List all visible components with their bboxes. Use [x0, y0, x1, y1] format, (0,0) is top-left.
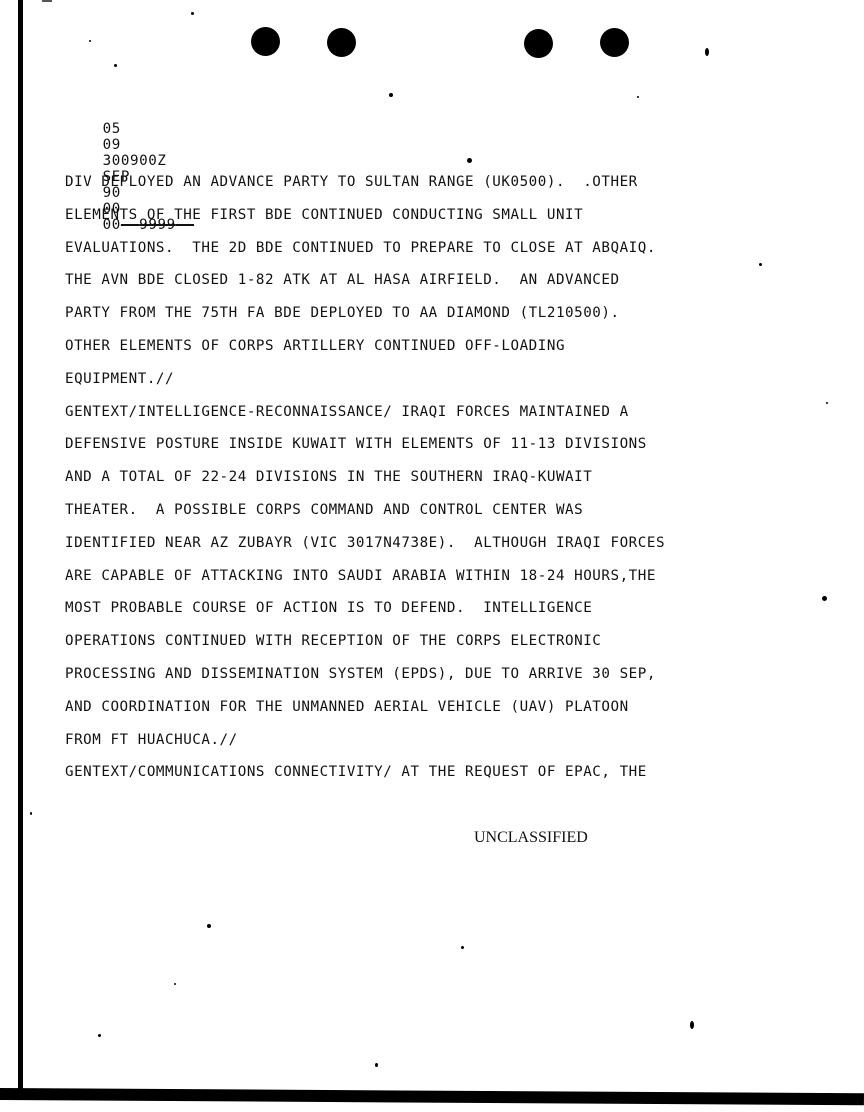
scan-speck	[174, 983, 176, 985]
text-line: THEATER. A POSSIBLE CORPS COMMAND AND CO…	[65, 499, 765, 532]
text-line: AND COORDINATION FOR THE UNMANNED AERIAL…	[65, 696, 765, 729]
punch-hole	[524, 29, 553, 58]
scan-speck	[30, 812, 32, 815]
classification-marking: UNCLASSIFIED	[474, 829, 588, 847]
text-line: THE AVN BDE CLOSED 1-82 ATK AT AL HASA A…	[65, 269, 765, 302]
scan-bottom-edge	[0, 1088, 864, 1105]
scan-speck	[114, 64, 117, 67]
text-line: GENTEXT/INTELLIGENCE-RECONNAISSANCE/ IRA…	[65, 401, 765, 434]
scanned-document-page: 05 09 300900Z SEP 90 00 00 9999 DIV DEPL…	[0, 0, 864, 1112]
text-line: EVALUATIONS. THE 2D BDE CONTINUED TO PRE…	[65, 237, 765, 270]
scan-speck	[822, 596, 827, 601]
text-line: GENTEXT/COMMUNICATIONS CONNECTIVITY/ AT …	[65, 761, 765, 794]
text-line: EQUIPMENT.//	[65, 368, 765, 401]
header-field: 09	[103, 137, 121, 153]
scan-speck	[191, 12, 194, 15]
scan-speck	[690, 1021, 694, 1029]
text-line: MOST PROBABLE COURSE OF ACTION IS TO DEF…	[65, 597, 765, 630]
scan-speck	[461, 946, 464, 949]
text-line: ARE CAPABLE OF ATTACKING INTO SAUDI ARAB…	[65, 565, 765, 598]
text-line: FROM FT HUACHUCA.//	[65, 729, 765, 762]
text-line: PROCESSING AND DISSEMINATION SYSTEM (EPD…	[65, 663, 765, 696]
text-line: AND A TOTAL OF 22-24 DIVISIONS IN THE SO…	[65, 466, 765, 499]
scan-speck	[705, 48, 709, 56]
header-field: 05	[103, 121, 121, 137]
text-line: OPERATIONS CONTINUED WITH RECEPTION OF T…	[65, 630, 765, 663]
scan-speck	[98, 1034, 101, 1037]
text-line: ELEMENTS OF THE FIRST BDE CONTINUED COND…	[65, 204, 765, 237]
scan-top-mark	[42, 0, 52, 2]
text-line: PARTY FROM THE 75TH FA BDE DEPLOYED TO A…	[65, 302, 765, 335]
scan-speck	[89, 40, 91, 42]
text-line: OTHER ELEMENTS OF CORPS ARTILLERY CONTIN…	[65, 335, 765, 368]
punch-hole	[600, 28, 629, 57]
punch-hole	[327, 28, 356, 57]
scan-speck	[826, 402, 828, 404]
text-line: IDENTIFIED NEAR AZ ZUBAYR (VIC 3017N4738…	[65, 532, 765, 565]
scan-speck	[467, 158, 472, 163]
text-line: DIV DEPLOYED AN ADVANCE PARTY TO SULTAN …	[65, 171, 765, 204]
scan-speck	[207, 924, 211, 928]
scan-speck	[389, 93, 393, 97]
scan-speck	[375, 1063, 378, 1067]
text-line: DEFENSIVE POSTURE INSIDE KUWAIT WITH ELE…	[65, 433, 765, 466]
punch-hole	[251, 27, 280, 56]
message-body: DIV DEPLOYED AN ADVANCE PARTY TO SULTAN …	[65, 171, 765, 794]
scan-left-edge	[18, 0, 23, 1100]
header-dtg: 300900Z	[103, 153, 167, 169]
scan-speck	[637, 96, 639, 98]
